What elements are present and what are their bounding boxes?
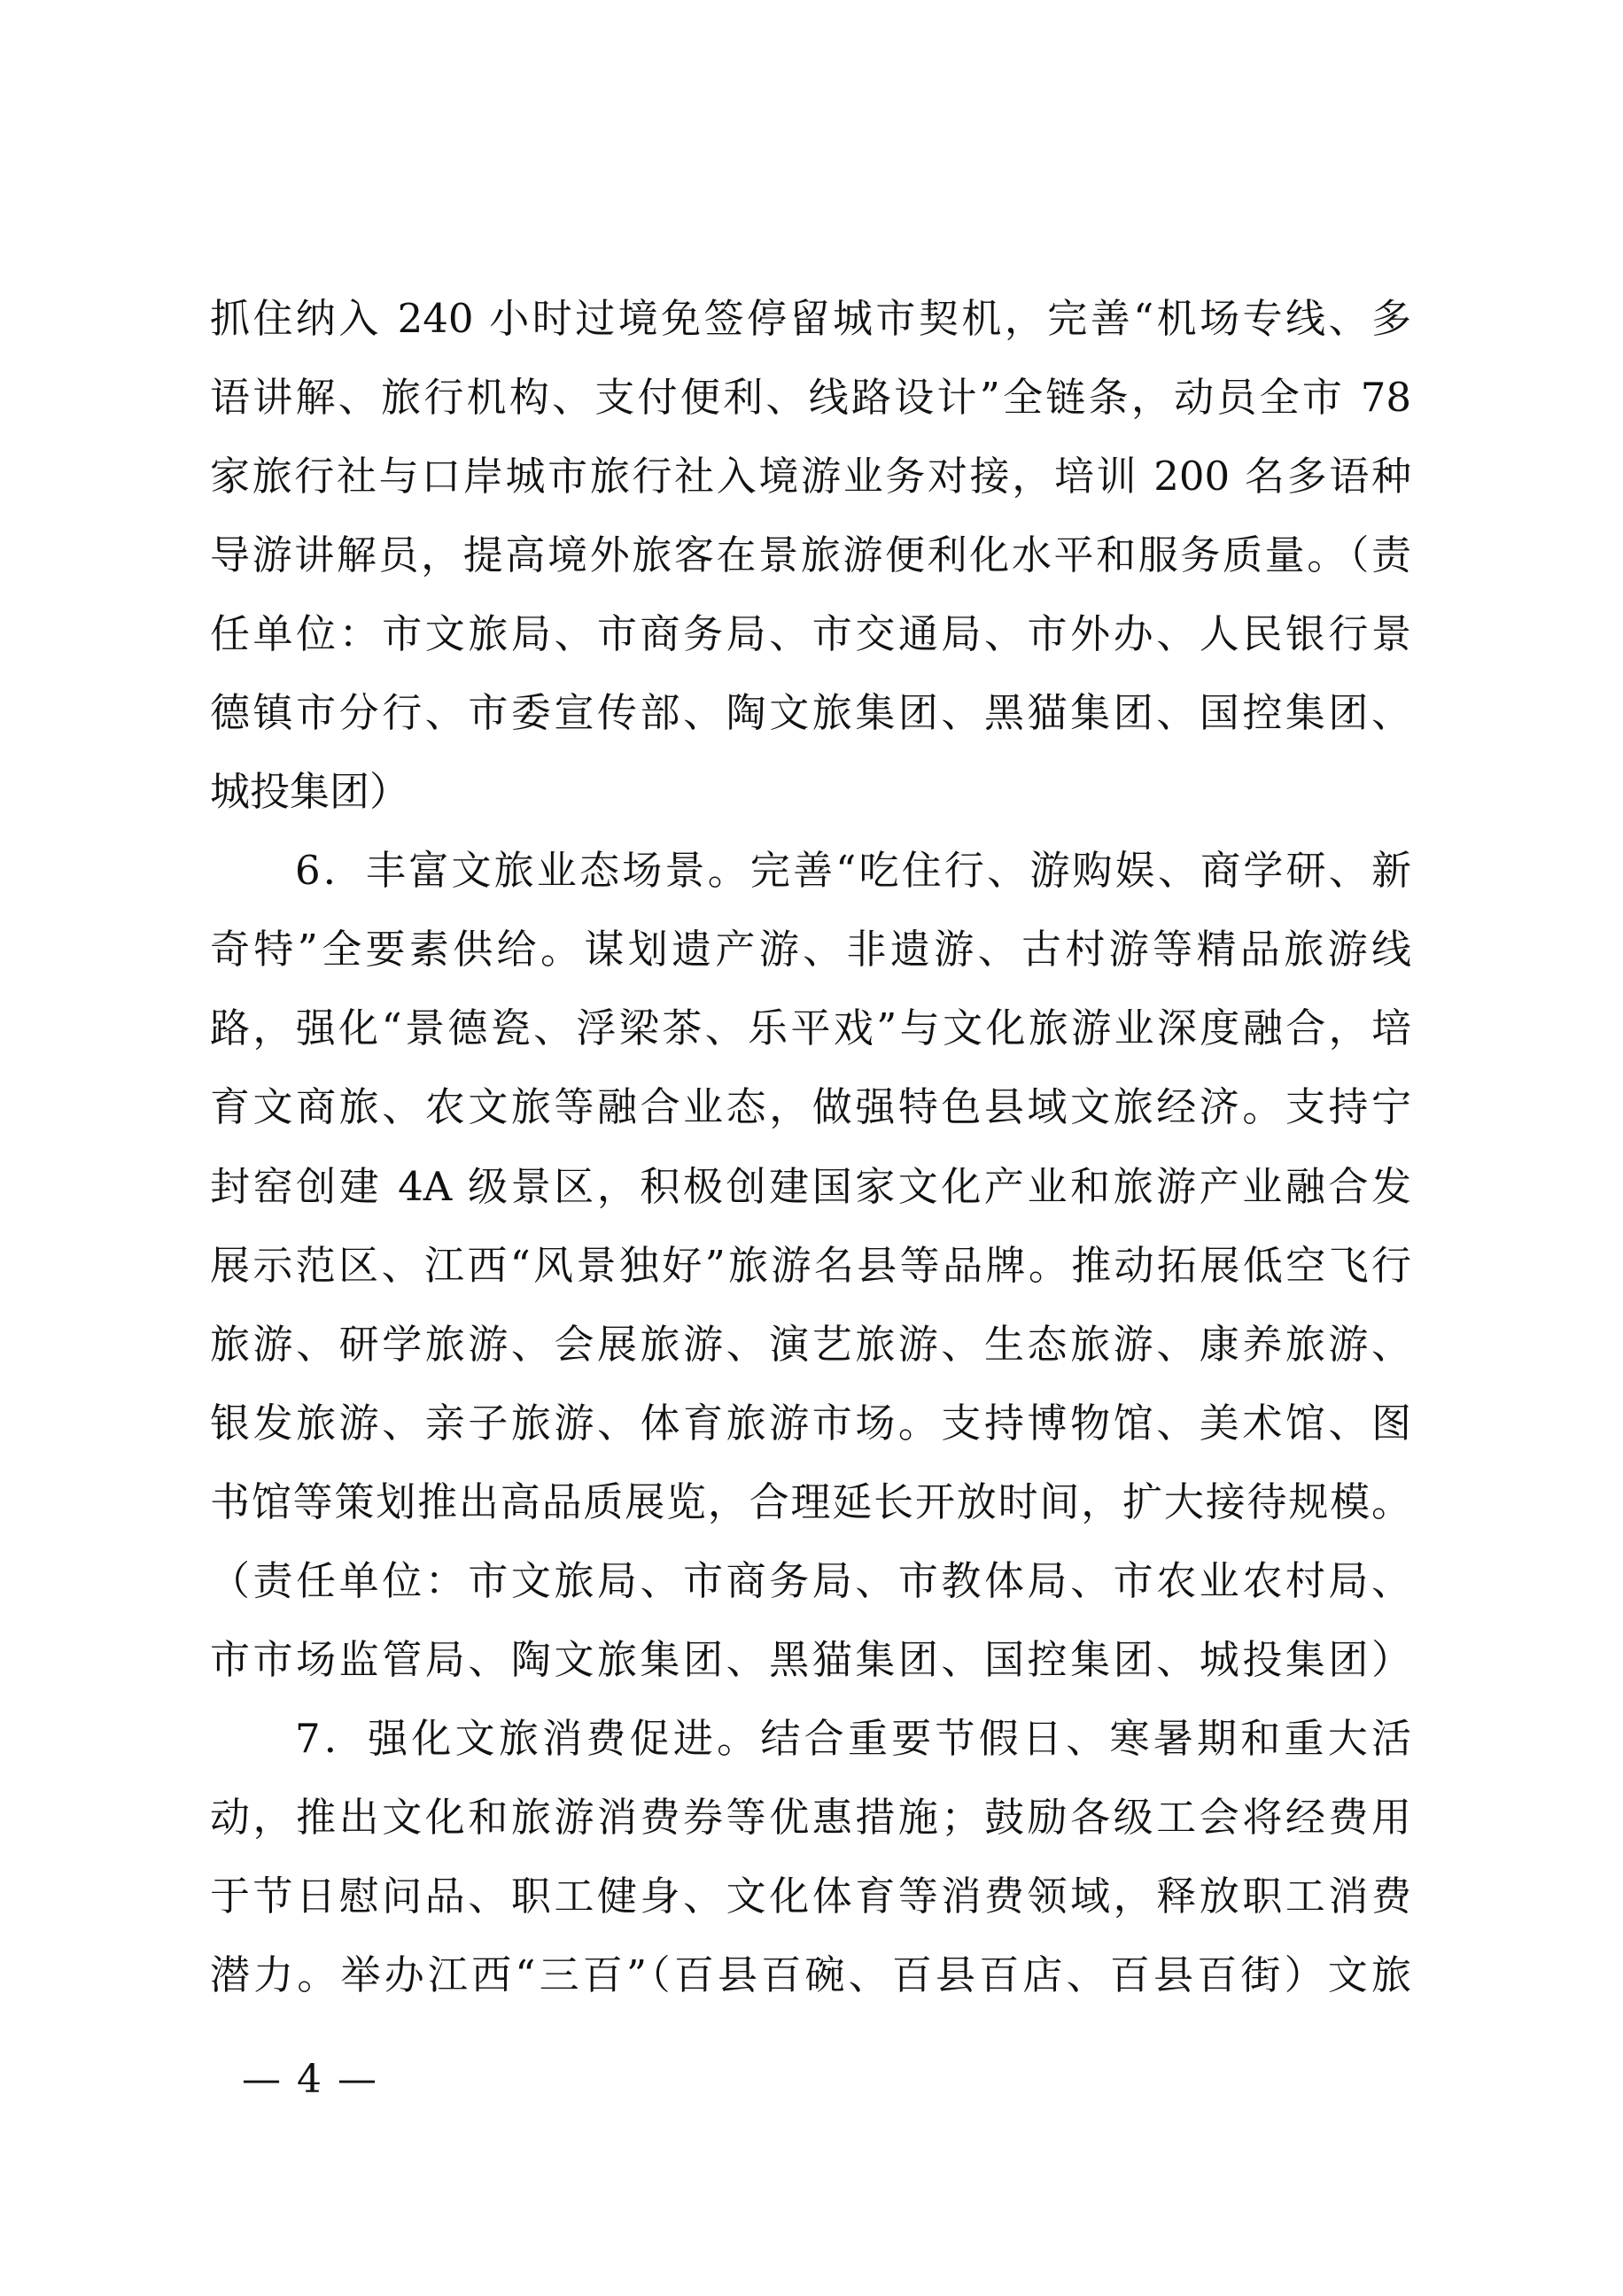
paragraph-continued: 抓住纳入 240 小时过境免签停留城市契机，完善“机场专线、多 语讲解、旅行机构… (210, 279, 1415, 831)
text-line: 封窑创建 4A 级景区，积极创建国家文化产业和旅游产业融合发 (210, 1147, 1411, 1226)
text-line: 展示范区、江西“风景独好”旅游名县等品牌。推动拓展低空飞行 (210, 1226, 1411, 1305)
text-line: 导游讲解员，提高境外旅客在景旅游便利化水平和服务质量。（责 (210, 516, 1411, 594)
text-line: 银发旅游、亲子旅游、体育旅游市场。支持博物馆、美术馆、图 (210, 1384, 1411, 1462)
text-line: 抓住纳入 240 小时过境免签停留城市契机，完善“机场专线、多 (210, 279, 1411, 358)
text-line: 于节日慰问品、职工健身、文化体育等消费领域，释放职工消费 (210, 1857, 1411, 1935)
paragraph-6: 6．丰富文旅业态场景。完善“吃住行、游购娱、商学研、新 奇特”全要素供给。谋划遗… (210, 831, 1415, 1699)
text-line: 家旅行社与口岸城市旅行社入境游业务对接，培训 200 名多语种 (210, 437, 1411, 516)
text-line: 书馆等策划推出高品质展览，合理延长开放时间，扩大接待规模。 (210, 1462, 1411, 1541)
paragraph-heading-line: 6．丰富文旅业态场景。完善“吃住行、游购娱、商学研、新 (210, 831, 1411, 910)
document-page: 抓住纳入 240 小时过境免签停留城市契机，完善“机场专线、多 语讲解、旅行机构… (0, 0, 1623, 2296)
text-line: 动，推出文化和旅游消费券等优惠措施；鼓励各级工会将经费用 (210, 1778, 1411, 1857)
page-number: — 4 — (242, 2053, 378, 2106)
text-line: 城投集团） (210, 752, 1411, 831)
text-line: 路，强化“景德瓷、浮梁茶、乐平戏”与文化旅游业深度融合，培 (210, 989, 1411, 1067)
paragraph-7: 7．强化文旅消费促进。结合重要节假日、寒暑期和重大活 动，推出文化和旅游消费券等… (210, 1699, 1415, 2014)
text-line: 德镇市分行、市委宣传部、陶文旅集团、黑猫集团、国控集团、 (210, 673, 1411, 752)
text-line: 市市场监管局、陶文旅集团、黑猫集团、国控集团、城投集团） (210, 1620, 1411, 1699)
text-line: 潜力。举办江西“三百”（百县百碗、百县百店、百县百街）文旅 (210, 1935, 1411, 2014)
text-line: 奇特”全要素供给。谋划遗产游、非遗游、古村游等精品旅游线 (210, 910, 1411, 989)
text-line: （责任单位：市文旅局、市商务局、市教体局、市农业农村局、 (210, 1541, 1411, 1620)
text-line: 语讲解、旅行机构、支付便利、线路设计”全链条，动员全市 78 (210, 358, 1411, 437)
text-line: 旅游、研学旅游、会展旅游、演艺旅游、生态旅游、康养旅游、 (210, 1305, 1411, 1384)
paragraph-heading-line: 7．强化文旅消费促进。结合重要节假日、寒暑期和重大活 (210, 1699, 1411, 1778)
text-line: 任单位：市文旅局、市商务局、市交通局、市外办、人民银行景 (210, 594, 1411, 673)
text-line: 育文商旅、农文旅等融合业态，做强特色县域文旅经济。支持宁 (210, 1067, 1411, 1146)
document-body: 抓住纳入 240 小时过境免签停留城市契机，完善“机场专线、多 语讲解、旅行机构… (210, 279, 1415, 2014)
